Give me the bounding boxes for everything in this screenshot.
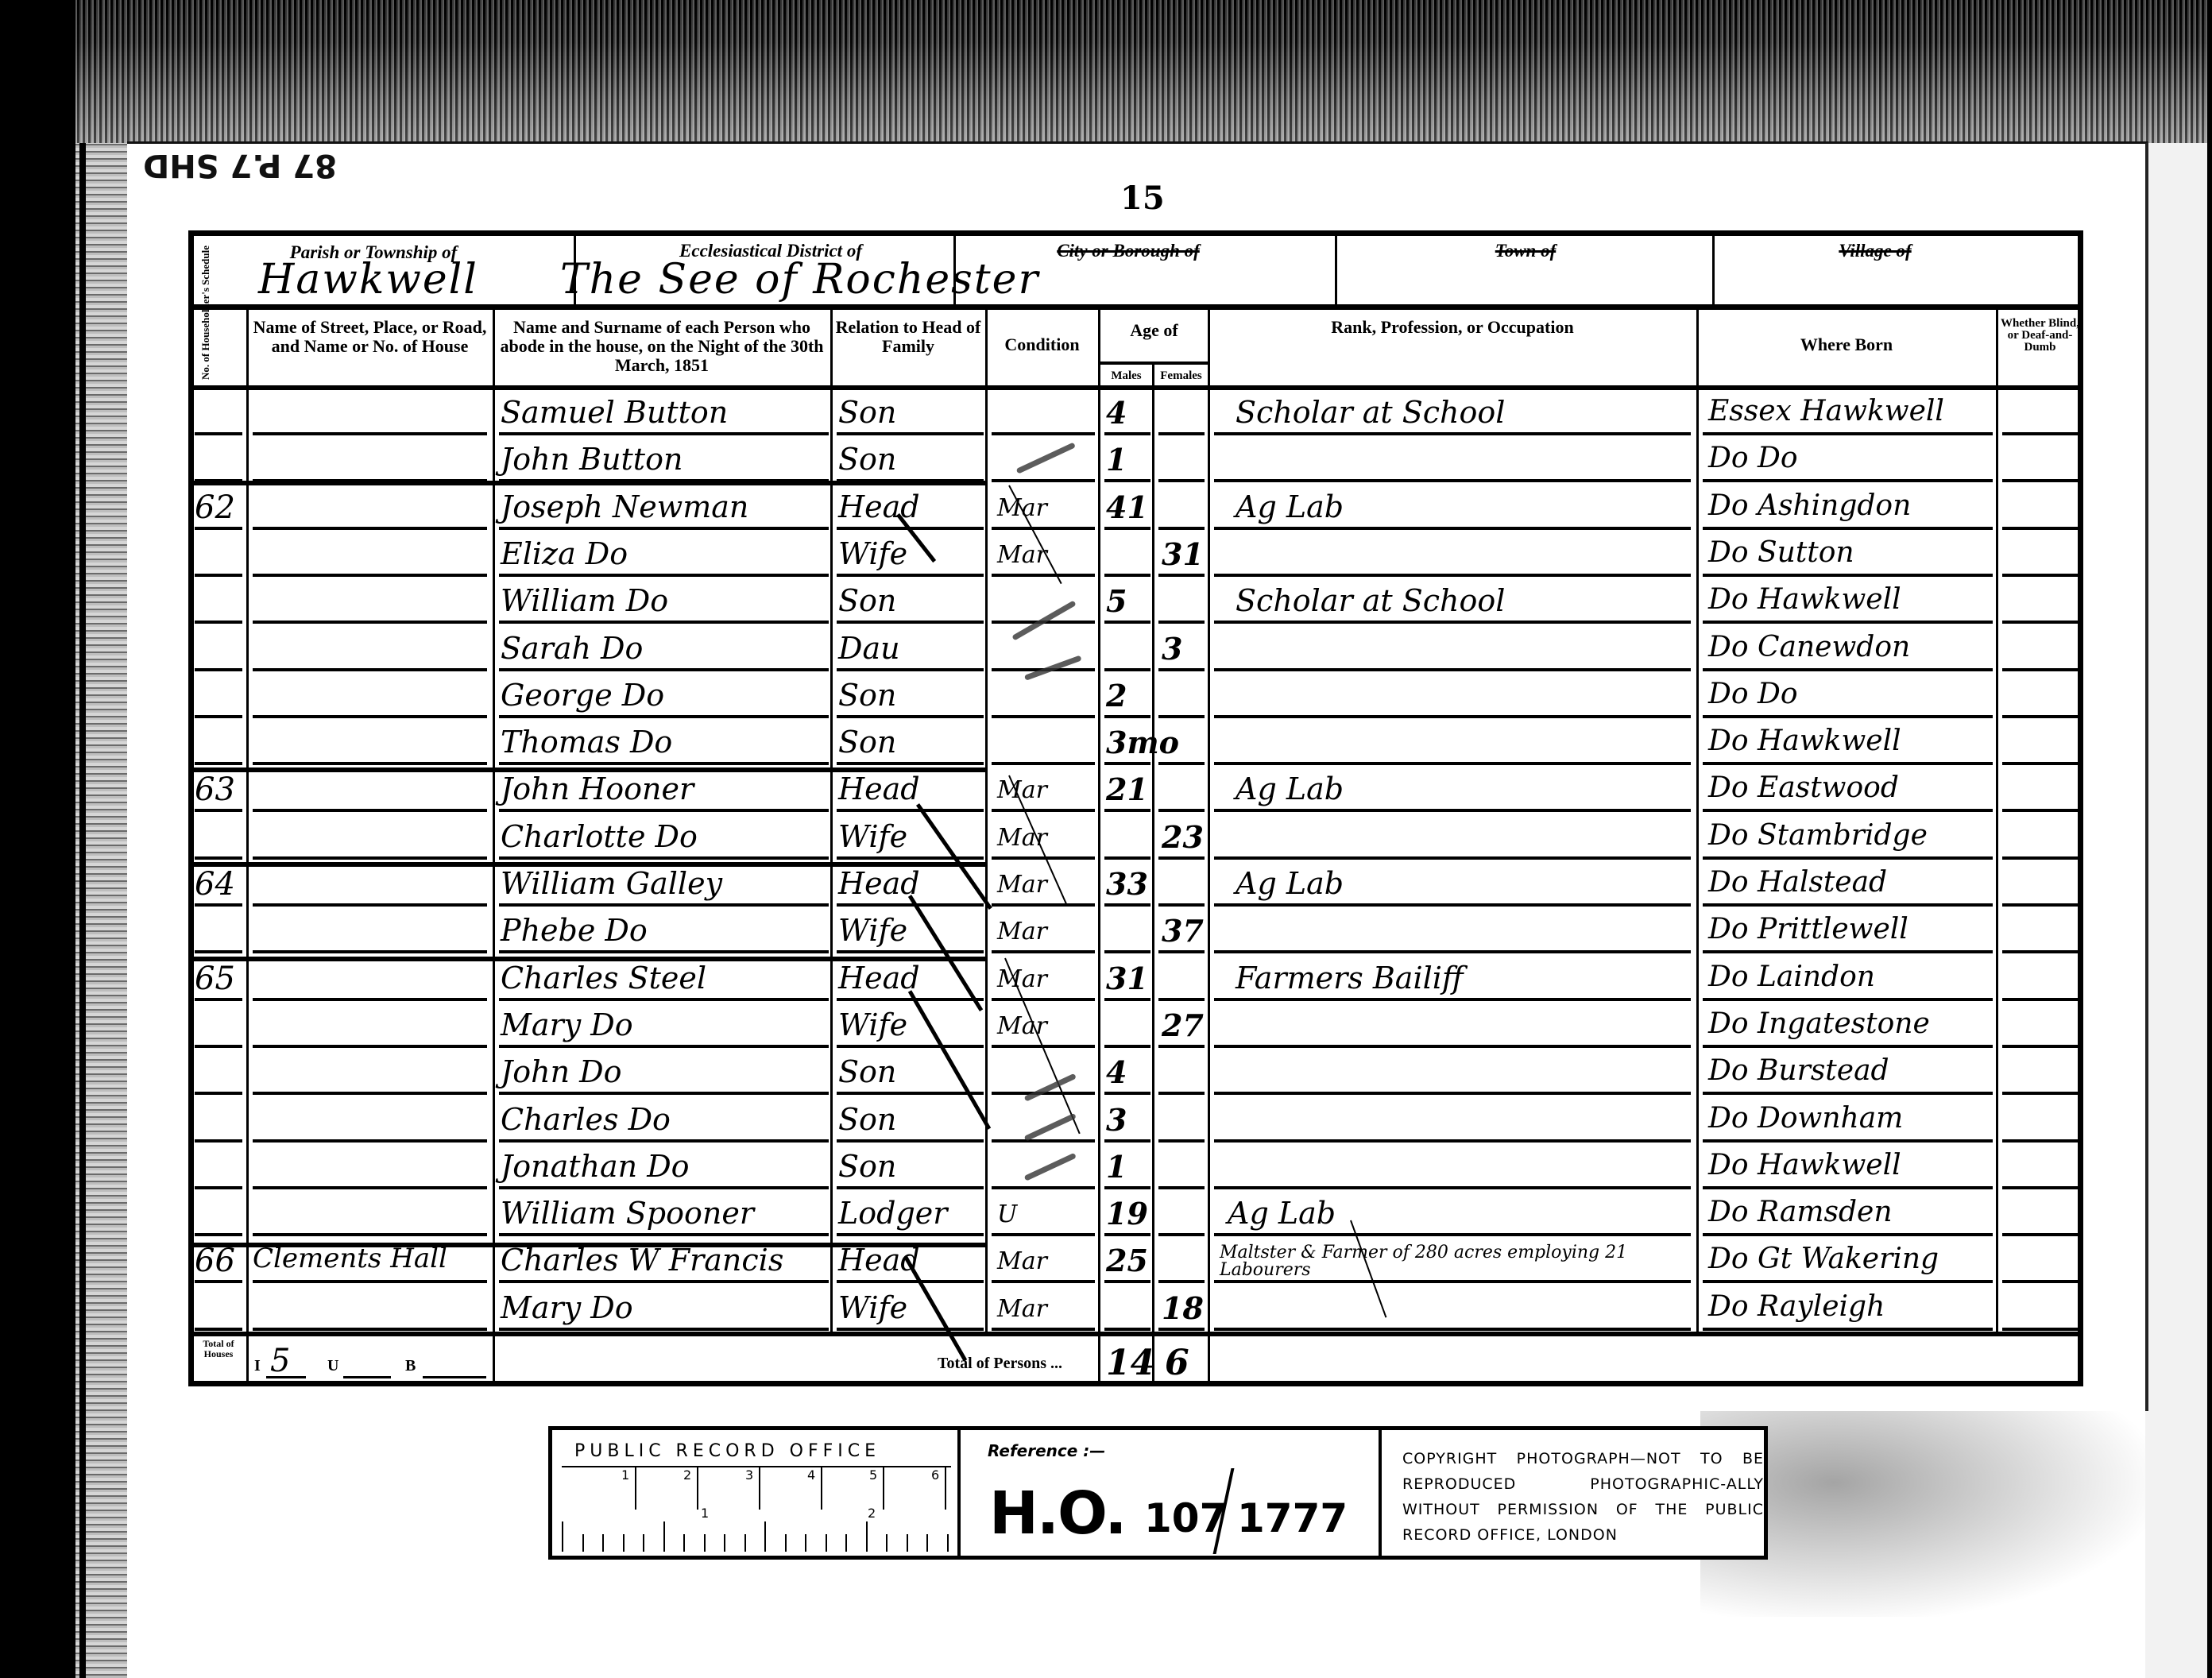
marital-condition: Mar (997, 965, 1047, 993)
row-rule (499, 1328, 829, 1331)
inhabited-prefix: I (254, 1357, 261, 1375)
row-rule (837, 715, 984, 718)
divider (1335, 230, 1337, 306)
occupation: Maltster & Farmer of 280 acres employing… (1220, 1244, 1696, 1279)
row-rule (1158, 998, 1205, 1001)
fill-line (343, 1376, 391, 1378)
row-rule (1703, 1328, 1993, 1331)
row-rule (1703, 432, 1993, 435)
row-rule (195, 574, 242, 577)
reference-label: Reference :— (988, 1441, 1105, 1460)
ruler-tick (663, 1521, 665, 1552)
row-rule (2002, 903, 2079, 907)
row-rule (992, 903, 1095, 907)
eccl-district-value: The See of Rochester (560, 256, 1039, 304)
row-rule (1703, 715, 1993, 718)
occupation: Scholar at School (1236, 583, 1505, 618)
row-rule (195, 809, 242, 812)
col-divider (830, 307, 833, 1332)
row-rule (1703, 668, 1993, 671)
row-rule (1104, 574, 1150, 577)
row-rule (1104, 1092, 1150, 1095)
total-males: 14 (1106, 1343, 1154, 1383)
household-rule (188, 481, 987, 485)
ruler-tick (947, 1534, 949, 1552)
person-name: Phebe Do (501, 913, 648, 948)
person-name: Jonathan Do (501, 1149, 690, 1184)
row-rule (837, 1186, 984, 1189)
col-header-where-born: Where Born (1699, 335, 1994, 354)
row-rule (1214, 1328, 1691, 1331)
row-rule (2002, 1092, 2079, 1095)
occupation: Ag Lab (1236, 771, 1344, 806)
row-rule (253, 998, 487, 1001)
ruler-tick (785, 1534, 787, 1552)
ruler-tick (845, 1534, 847, 1552)
row-rule (253, 1233, 487, 1236)
row-rule (1703, 762, 1993, 765)
reference-series: H.O. (989, 1479, 1125, 1548)
schedule-number: 64 (195, 866, 235, 903)
row-rule (992, 1139, 1095, 1143)
row-rule (1158, 1092, 1205, 1095)
row-rule (837, 762, 984, 765)
marital-condition: U (997, 1201, 1017, 1228)
ruler-tick (697, 1466, 698, 1510)
col-divider (246, 307, 249, 1384)
row-rule (837, 1280, 984, 1283)
row-rule (1703, 574, 1993, 577)
age-female: 18 (1162, 1290, 1204, 1326)
row-rule (1214, 1139, 1691, 1143)
birthplace: Do Eastwood (1708, 771, 1899, 804)
film-border-right (2145, 143, 2212, 1678)
row-rule (1214, 432, 1691, 435)
row-rule (992, 1186, 1095, 1189)
occupation: Ag Lab (1236, 866, 1344, 901)
row-rule (2002, 998, 2079, 1001)
relation-to-head: Head (838, 771, 920, 806)
row-rule (1158, 1045, 1205, 1048)
row-rule (253, 856, 487, 860)
row-rule (195, 903, 242, 907)
age-female: 37 (1162, 913, 1204, 949)
row-rule (253, 621, 487, 624)
row-rule (1158, 574, 1205, 577)
row-rule (195, 668, 242, 671)
row-rule (1703, 479, 1993, 482)
fill-line (266, 1376, 306, 1378)
row-rule (837, 1139, 984, 1143)
row-rule (2002, 715, 2079, 718)
row-rule (2002, 1186, 2079, 1189)
ruler-tick (907, 1534, 908, 1552)
row-rule (253, 1280, 487, 1283)
total-houses-label: Total of Houses (194, 1339, 243, 1359)
household-rule (188, 767, 987, 772)
birthplace: Do Prittlewell (1708, 913, 1908, 945)
row-rule (837, 574, 984, 577)
row-rule (992, 762, 1095, 765)
person-name: Eliza Do (501, 536, 628, 571)
relation-to-head: Son (838, 1054, 896, 1089)
age-male: 3mo (1106, 725, 1179, 760)
birthplace: Do Hawkwell (1708, 583, 1901, 616)
film-border-top (75, 0, 2212, 143)
record-office-label: PUBLIC RECORD OFFICE 12345612 Reference … (548, 1426, 1768, 1560)
row-rule (2002, 621, 2079, 624)
birthplace: Do Gt Wakering (1708, 1243, 1939, 1275)
row-rule (992, 998, 1095, 1001)
relation-to-head: Head (838, 489, 920, 524)
ruler-tick (759, 1466, 760, 1510)
birthplace: Do Do (1708, 442, 1798, 474)
folio-stamp: 87 P.7 SHD (143, 147, 337, 184)
totals-rule (188, 1332, 2083, 1336)
inhabited-count: 5 (270, 1343, 290, 1379)
row-rule (1104, 527, 1150, 530)
row-rule (2002, 668, 2079, 671)
row-rule (1104, 432, 1150, 435)
age-female: 27 (1162, 1007, 1204, 1043)
ruler-tick (724, 1534, 725, 1552)
row-rule (2002, 762, 2079, 765)
col-header-occupation: Rank, Profession, or Occupation (1210, 318, 1695, 337)
ruler-label: 4 (807, 1467, 815, 1483)
row-rule (253, 668, 487, 671)
row-rule (837, 950, 984, 953)
row-rule (1214, 479, 1691, 482)
row-rule (195, 715, 242, 718)
ruler-tick (805, 1534, 806, 1552)
street-address: Clements Hall (253, 1243, 447, 1274)
row-rule (1104, 1186, 1150, 1189)
person-name: John Do (501, 1054, 621, 1089)
person-name: Mary Do (501, 1007, 633, 1042)
row-rule (195, 1186, 242, 1189)
row-rule (499, 715, 829, 718)
row-rule (1703, 527, 1993, 530)
row-rule (1214, 715, 1691, 718)
person-name: Charlotte Do (501, 819, 698, 854)
birthplace: Do Ingatestone (1708, 1007, 1930, 1040)
age-female: 3 (1162, 631, 1182, 667)
row-rule (1158, 762, 1205, 765)
row-rule (253, 1139, 487, 1143)
row-rule (1703, 998, 1993, 1001)
row-rule (1104, 856, 1150, 860)
age-male: 1 (1106, 442, 1127, 477)
birthplace: Do Downham (1708, 1102, 1903, 1135)
age-male: 41 (1106, 489, 1148, 525)
row-rule (1104, 903, 1150, 907)
row-rule (1158, 668, 1205, 671)
row-rule (992, 574, 1095, 577)
age-female: 31 (1162, 536, 1204, 572)
row-rule (1158, 1328, 1205, 1331)
row-rule (1703, 1045, 1993, 1048)
row-rule (992, 432, 1095, 435)
age-female: 23 (1162, 819, 1204, 855)
row-rule (1158, 856, 1205, 860)
row-rule (1104, 715, 1150, 718)
relation-to-head: Son (838, 1102, 896, 1137)
ruler-tick (643, 1534, 644, 1552)
relation-to-head: Wife (838, 1007, 907, 1042)
ruler-tick (582, 1534, 584, 1552)
birthplace: Do Hawkwell (1708, 1149, 1901, 1181)
row-rule (1158, 1280, 1205, 1283)
row-rule (837, 621, 984, 624)
row-rule (992, 950, 1095, 953)
ruler-tick (764, 1521, 766, 1552)
row-rule (2002, 809, 2079, 812)
row-rule (195, 950, 242, 953)
schedule-number: 66 (195, 1243, 235, 1279)
row-rule (499, 432, 829, 435)
row-rule (837, 1045, 984, 1048)
row-rule (1158, 715, 1205, 718)
occupation: Ag Lab (1236, 489, 1344, 524)
row-rule (1158, 1233, 1205, 1236)
col-divider (1152, 364, 1154, 1384)
row-rule (837, 432, 984, 435)
row-rule (2002, 1045, 2079, 1048)
row-rule (1703, 903, 1993, 907)
reference-piece-b: 1777 (1237, 1495, 1348, 1541)
row-rule (992, 856, 1095, 860)
ruler-label: 5 (869, 1467, 877, 1483)
person-name: Charles Do (501, 1102, 671, 1137)
row-rule (1703, 1233, 1993, 1236)
row-rule (992, 1328, 1095, 1331)
marital-condition: Mar (997, 1012, 1047, 1040)
row-rule (1703, 856, 1993, 860)
relation-to-head: Dau (838, 631, 900, 666)
row-rule (992, 479, 1095, 482)
person-name: John Hooner (501, 771, 694, 806)
row-rule (499, 1233, 829, 1236)
header-bottom-rule (188, 385, 2083, 390)
birthplace: Do Stambridge (1708, 819, 1928, 852)
row-rule (837, 856, 984, 860)
total-females: 6 (1165, 1343, 1189, 1383)
relation-to-head: Son (838, 395, 896, 430)
row-rule (195, 1092, 242, 1095)
ruler-tick (623, 1534, 625, 1552)
row-rule (195, 1139, 242, 1143)
birthplace: Do Canewdon (1708, 631, 1910, 663)
row-rule (499, 1186, 829, 1189)
row-rule (1158, 1186, 1205, 1189)
record-office-title: PUBLIC RECORD OFFICE (574, 1441, 880, 1461)
row-rule (195, 432, 242, 435)
row-rule (499, 1092, 829, 1095)
ruler-edge (562, 1466, 951, 1467)
col-header-age: Age of (1100, 321, 1208, 340)
birthplace: Do Rayleigh (1708, 1290, 1885, 1323)
row-rule (499, 1139, 829, 1143)
row-rule (1158, 479, 1205, 482)
row-rule (1703, 1139, 1993, 1143)
row-rule (837, 903, 984, 907)
birthplace: Do Burstead (1708, 1054, 1889, 1087)
row-rule (1104, 762, 1150, 765)
household-rule (188, 1243, 987, 1247)
row-rule (1104, 998, 1150, 1001)
row-rule (1104, 1328, 1150, 1331)
header-rule (188, 304, 2083, 310)
row-rule (253, 715, 487, 718)
copyright-notice: COPYRIGHT PHOTOGRAPH—NOT TO BE REPRODUCE… (1402, 1446, 1764, 1548)
total-persons-label: Total of Persons ... (938, 1355, 1062, 1373)
row-rule (1158, 1139, 1205, 1143)
row-rule (499, 527, 829, 530)
row-rule (1158, 903, 1205, 907)
row-rule (499, 762, 829, 765)
uninhabited-prefix: U (327, 1357, 338, 1375)
ruler-tick (826, 1534, 827, 1552)
row-rule (499, 903, 829, 907)
relation-to-head: Wife (838, 913, 907, 948)
person-name: Charles Steel (501, 961, 706, 996)
row-rule (253, 1045, 487, 1048)
row-rule (499, 668, 829, 671)
ruler-tick (945, 1466, 946, 1510)
ruler-tick (821, 1466, 822, 1510)
person-name: George Do (501, 678, 664, 713)
age-male: 19 (1106, 1196, 1148, 1231)
occupation: Ag Lab (1228, 1196, 1336, 1231)
row-rule (1214, 1280, 1691, 1283)
row-rule (253, 1328, 487, 1331)
row-rule (195, 1328, 242, 1331)
relation-to-head: Son (838, 442, 896, 477)
row-rule (2002, 479, 2079, 482)
ruler-tick (704, 1534, 706, 1552)
row-rule (1104, 950, 1150, 953)
ruler-tick (926, 1534, 928, 1552)
marital-condition: Mar (997, 1295, 1047, 1323)
row-rule (499, 998, 829, 1001)
row-rule (1703, 621, 1993, 624)
ruler-label: 2 (868, 1506, 876, 1521)
birthplace: Do Do (1708, 678, 1798, 710)
age-male: 21 (1106, 771, 1148, 807)
person-name: Samuel Button (501, 395, 728, 430)
row-rule (499, 950, 829, 953)
schedule-number: 65 (195, 961, 235, 997)
row-rule (1104, 1139, 1150, 1143)
row-rule (499, 1045, 829, 1048)
col-header-blind-deaf: Whether Blind, or Deaf-and-Dumb (1998, 318, 2082, 354)
row-rule (195, 1045, 242, 1048)
row-rule (195, 621, 242, 624)
parish-value: Hawkwell (258, 256, 478, 304)
row-rule (1703, 950, 1993, 953)
row-rule (1104, 809, 1150, 812)
row-rule (195, 1233, 242, 1236)
ruler-tick (602, 1534, 604, 1552)
row-rule (1158, 950, 1205, 953)
row-rule (1104, 1045, 1150, 1048)
relation-to-head: Son (838, 1149, 896, 1184)
label-divider (1379, 1430, 1382, 1556)
age-male: 25 (1106, 1243, 1148, 1278)
age-male: 33 (1106, 866, 1148, 902)
row-rule (253, 809, 487, 812)
row-rule (499, 809, 829, 812)
ruler-tick (883, 1466, 884, 1510)
col-header-condition: Condition (988, 335, 1096, 354)
row-rule (2002, 856, 2079, 860)
marital-condition: Mar (997, 776, 1047, 804)
row-rule (837, 1233, 984, 1236)
age-male: 2 (1106, 678, 1127, 713)
age-male: 3 (1106, 1102, 1127, 1138)
row-rule (1214, 1045, 1691, 1048)
row-rule (499, 574, 829, 577)
row-rule (1214, 621, 1691, 624)
birthplace: Do Ashingdon (1708, 489, 1911, 522)
ruler-tick (683, 1534, 685, 1552)
person-name: Sarah Do (501, 631, 643, 666)
relation-to-head: Son (838, 725, 896, 760)
row-rule (1104, 1233, 1150, 1236)
row-rule (2002, 527, 2079, 530)
ruler-label: 6 (931, 1467, 939, 1483)
person-name: William Galley (501, 866, 722, 901)
col-header-males: Males (1100, 370, 1152, 382)
occupation: Scholar at School (1236, 395, 1505, 430)
row-rule (1158, 527, 1205, 530)
town-label: Town of (1446, 241, 1605, 261)
row-rule (1158, 621, 1205, 624)
marital-condition: Mar (997, 871, 1047, 899)
film-edge-line-right (2207, 0, 2212, 1678)
col-header-schedule: No. of Householder's Schedule (200, 246, 211, 380)
marital-condition: Mar (997, 1247, 1047, 1275)
age-subheader-rule (1100, 362, 1208, 365)
row-rule (195, 527, 242, 530)
row-rule (837, 1092, 984, 1095)
scale-ruler: 12345612 (562, 1466, 951, 1552)
col-divider (1996, 307, 1998, 1332)
person-name: John Button (501, 442, 683, 477)
marital-condition: Mar (997, 918, 1047, 945)
row-rule (1214, 903, 1691, 907)
row-rule (1214, 1233, 1691, 1236)
age-male: 4 (1106, 1054, 1127, 1090)
ruler-label: 1 (701, 1506, 709, 1521)
city-borough-label: City or Borough of (1009, 241, 1247, 261)
person-name: William Spooner (501, 1196, 754, 1231)
row-rule (253, 903, 487, 907)
row-rule (253, 432, 487, 435)
reference-piece-a: 107 (1144, 1495, 1227, 1541)
age-male: 1 (1106, 1149, 1127, 1185)
row-rule (499, 1280, 829, 1283)
col-divider (1098, 307, 1100, 1384)
occupation: Farmers Bailiff (1236, 961, 1464, 996)
row-rule (1158, 809, 1205, 812)
age-male: 4 (1106, 395, 1127, 431)
row-rule (195, 998, 242, 1001)
film-border-left (0, 0, 75, 1678)
row-rule (253, 527, 487, 530)
relation-to-head: Lodger (838, 1196, 947, 1231)
ruler-label: 3 (745, 1467, 753, 1483)
